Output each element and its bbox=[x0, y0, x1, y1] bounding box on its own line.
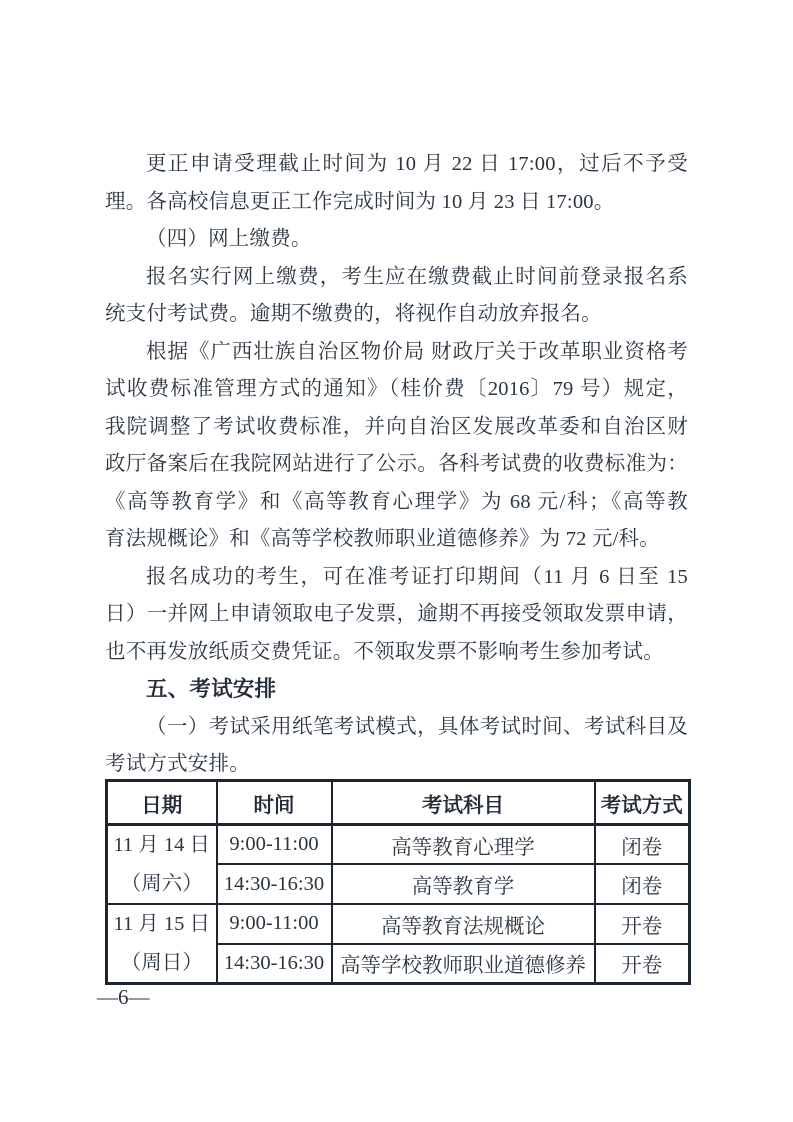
text-line: 根据《广西壮族自治区物价局 财政厅关于改革职业资格考 bbox=[105, 334, 688, 372]
body-text: 更正申请受理截止时间为 10 月 22 日 17:00，过后不予受理。各高校信息… bbox=[105, 146, 688, 784]
table-header-row: 日期时间考试科目考试方式 bbox=[107, 781, 690, 825]
text-line: （四）网上缴费。 bbox=[105, 221, 688, 259]
time-cell: 9:00-11:00 bbox=[217, 825, 332, 865]
time-cell: 14:30-16:30 bbox=[217, 864, 332, 904]
subject-cell: 高等教育学 bbox=[332, 864, 595, 904]
date-cell: 11 月 14 日（周六） bbox=[107, 825, 217, 905]
text-line: 统支付考试费。逾期不缴费的，将视作自动放弃报名。 bbox=[105, 296, 688, 334]
text-line: 试收费标准管理方式的通知》（桂价费〔2016〕79 号）规定， bbox=[105, 371, 688, 409]
date-text: 11 月 15 日 bbox=[108, 905, 216, 944]
time-cell: 9:00-11:00 bbox=[217, 904, 332, 944]
date-cell: 11 月 15 日（周日） bbox=[107, 904, 217, 984]
exam-mode-cell: 闭卷 bbox=[595, 825, 690, 865]
text-line: 日）一并网上申请领取电子发票，逾期不再接受领取发票申请， bbox=[105, 596, 688, 634]
text-line: 更正申请受理截止时间为 10 月 22 日 17:00，过后不予受 bbox=[105, 146, 688, 184]
exam-mode-cell: 开卷 bbox=[595, 944, 690, 984]
weekday-text: （周六） bbox=[108, 865, 216, 904]
exam-mode-cell: 开卷 bbox=[595, 904, 690, 944]
table-header-cell: 日期 bbox=[107, 781, 217, 825]
document-page: 更正申请受理截止时间为 10 月 22 日 17:00，过后不予受理。各高校信息… bbox=[0, 0, 793, 1122]
time-cell: 14:30-16:30 bbox=[217, 944, 332, 984]
text-line: 我院调整了考试收费标准，并向自治区发展改革委和自治区财 bbox=[105, 409, 688, 447]
subject-cell: 高等教育法规概论 bbox=[332, 904, 595, 944]
text-line: 报名成功的考生，可在准考证打印期间（11 月 6 日至 15 bbox=[105, 559, 688, 597]
weekday-text: （周日） bbox=[108, 944, 216, 983]
table-header-cell: 考试科目 bbox=[332, 781, 595, 825]
table-row: 11 月 15 日（周日）9:00-11:00高等教育法规概论开卷 bbox=[107, 904, 690, 944]
text-line: 也不再发放纸质交费凭证。不领取发票不影响考生参加考试。 bbox=[105, 634, 688, 672]
exam-mode-cell: 闭卷 bbox=[595, 864, 690, 904]
exam-schedule-table: 日期时间考试科目考试方式 11 月 14 日（周六）9:00-11:00高等教育… bbox=[105, 779, 691, 985]
text-line: （一）考试采用纸笔考试模式，具体考试时间、考试科目及 bbox=[105, 709, 688, 747]
table-header-cell: 考试方式 bbox=[595, 781, 690, 825]
subject-cell: 高等教育心理学 bbox=[332, 825, 595, 865]
text-line: 政厅备案后在我院网站进行了公示。各科考试费的收费标准为： bbox=[105, 446, 688, 484]
text-line: 报名实行网上缴费，考生应在缴费截止时间前登录报名系 bbox=[105, 259, 688, 297]
subject-cell: 高等学校教师职业道德修养 bbox=[332, 944, 595, 984]
section-heading: 五、考试安排 bbox=[105, 671, 688, 709]
text-line: 育法规概论》和《高等学校教师职业道德修养》为 72 元/科。 bbox=[105, 521, 688, 559]
text-line: 《高等教育学》和《高等教育心理学》为 68 元/科；《高等教 bbox=[105, 484, 688, 522]
page-number: —6— bbox=[97, 980, 150, 1014]
table-header-cell: 时间 bbox=[217, 781, 332, 825]
text-line: 考试方式安排。 bbox=[105, 746, 688, 784]
date-text: 11 月 14 日 bbox=[108, 826, 216, 865]
text-line: 理。各高校信息更正工作完成时间为 10 月 23 日 17:00。 bbox=[105, 184, 688, 222]
table-row: 11 月 14 日（周六）9:00-11:00高等教育心理学闭卷 bbox=[107, 825, 690, 865]
